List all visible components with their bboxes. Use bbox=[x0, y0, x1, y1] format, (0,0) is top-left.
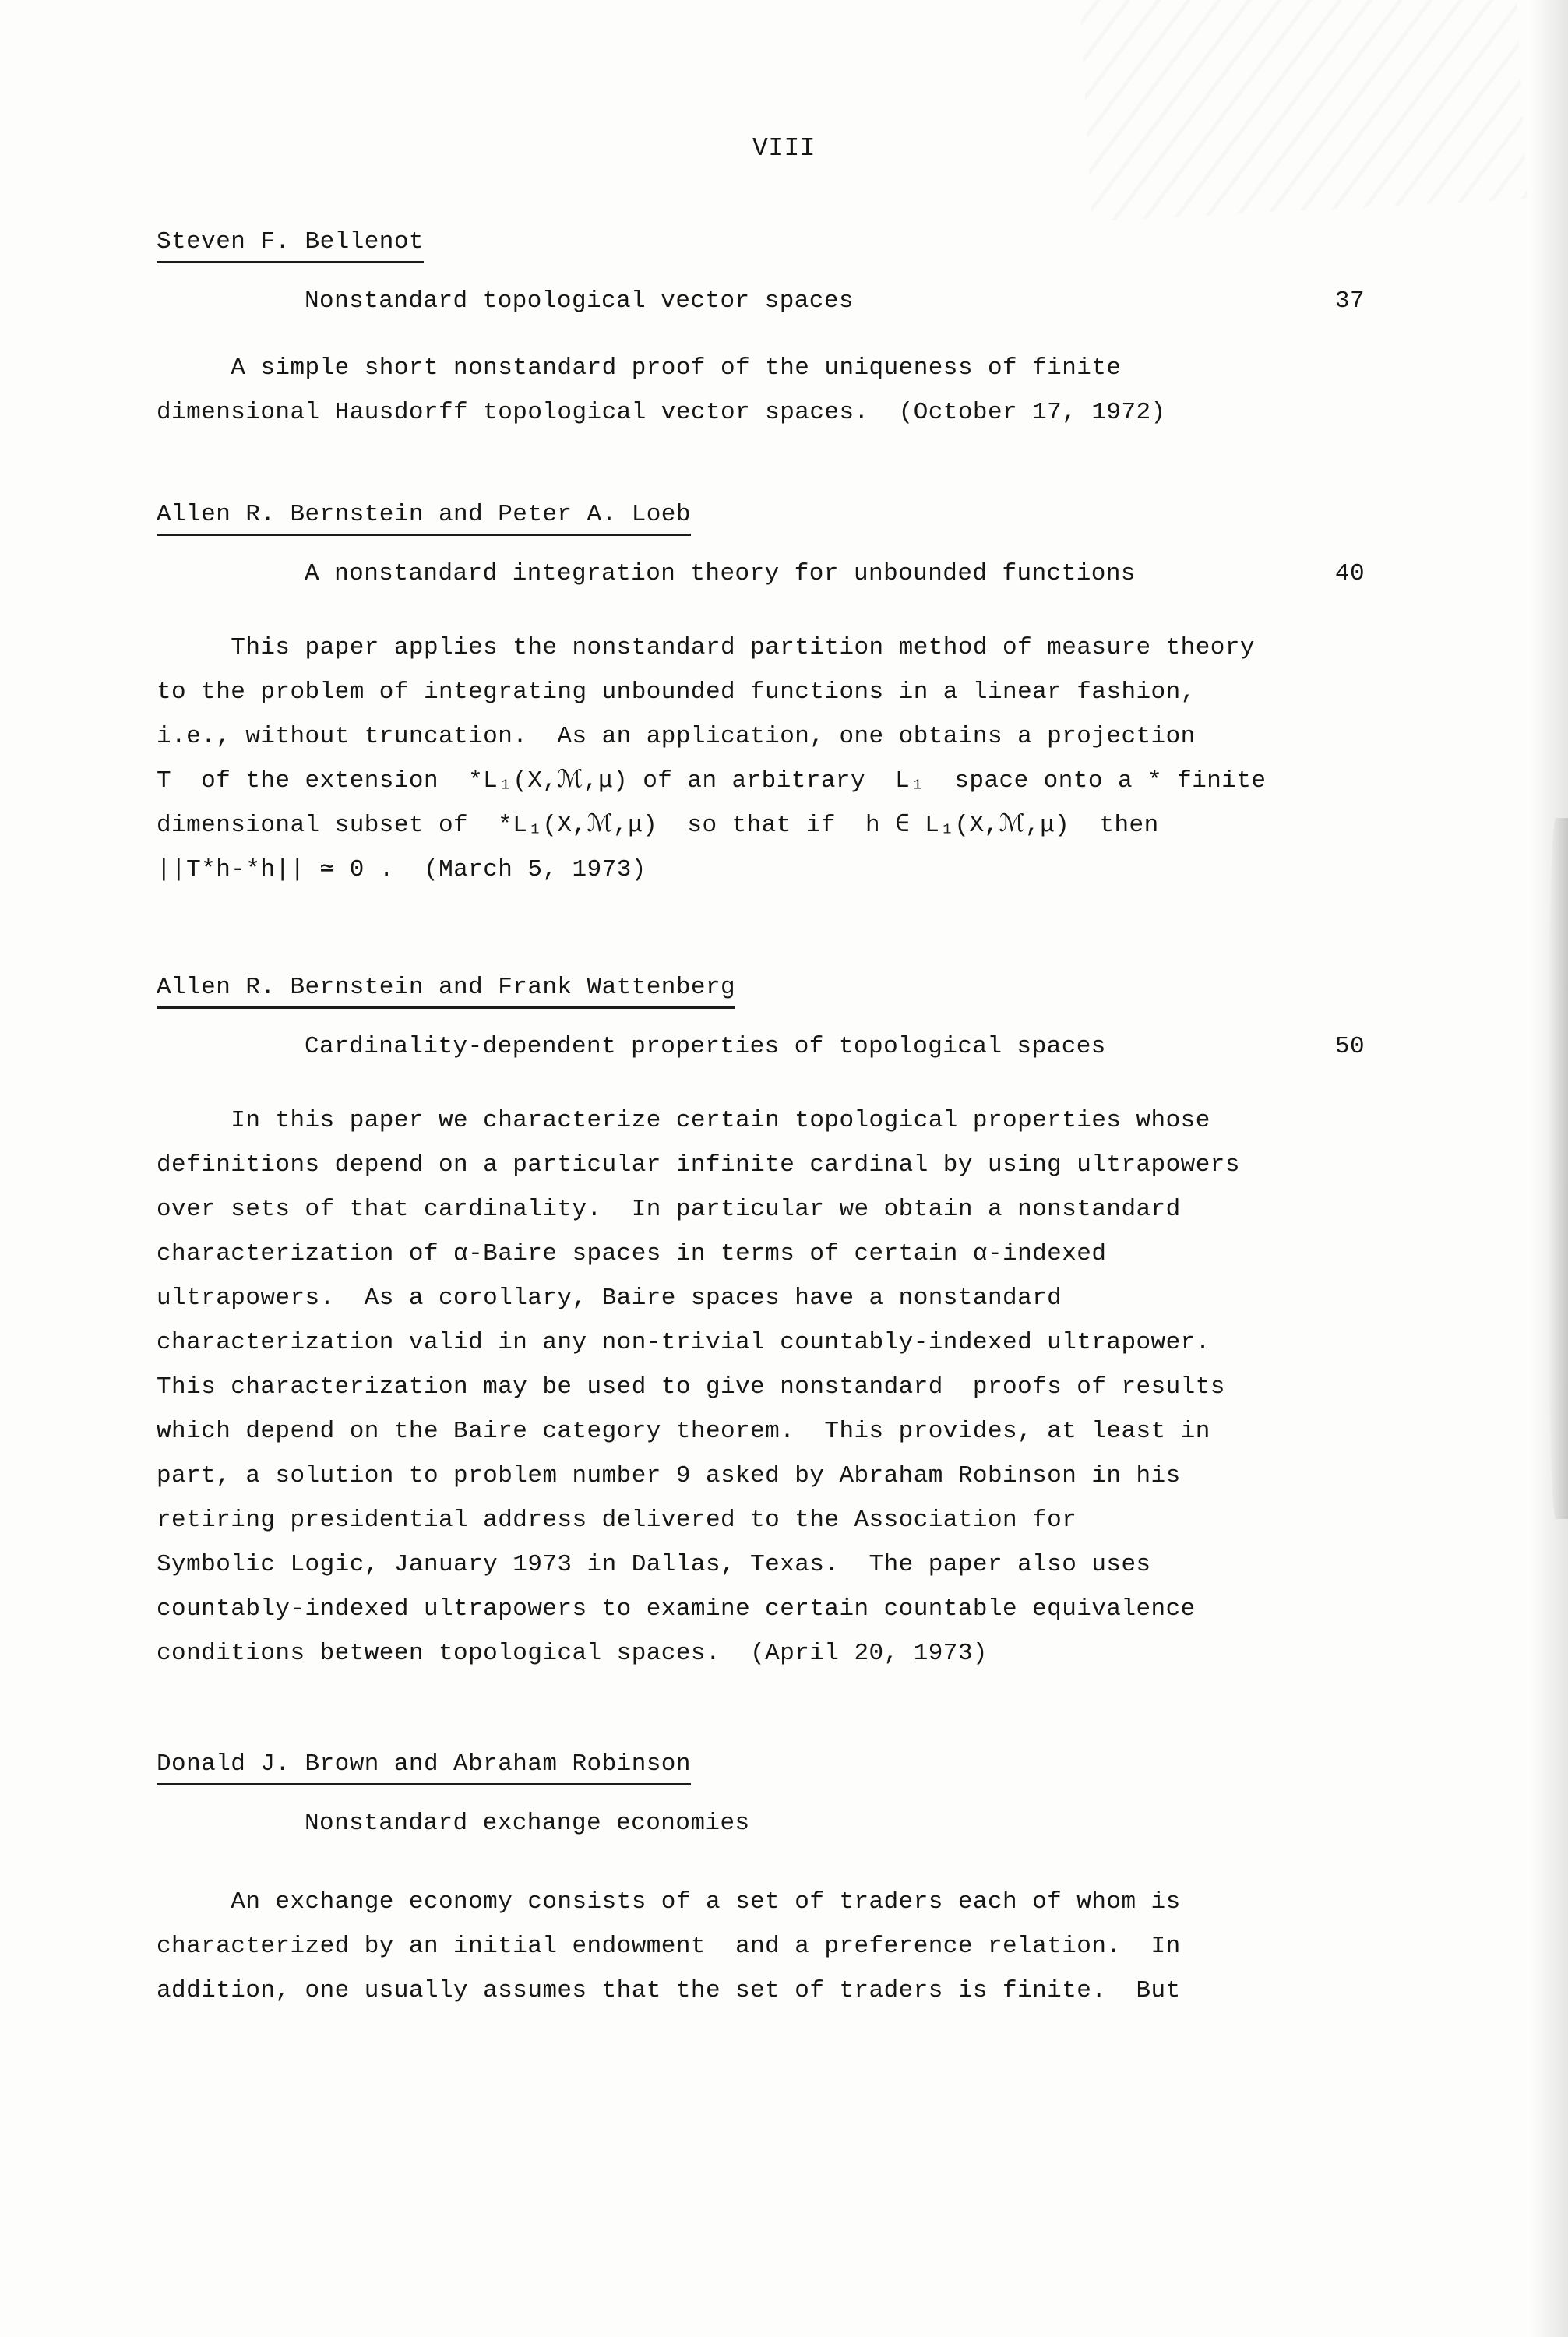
scan-side-smudge bbox=[1548, 818, 1568, 1519]
title-row: Nonstandard exchange economies bbox=[157, 1808, 1366, 1839]
title-row: Cardinality-dependent properties of topo… bbox=[157, 1031, 1366, 1063]
paper-title: A nonstandard integration theory for unb… bbox=[157, 559, 1136, 590]
page-number: 50 bbox=[1335, 1031, 1366, 1063]
entry-bellenot: Steven F. Bellenot Nonstandard topologic… bbox=[157, 228, 1366, 435]
authors-heading: Allen R. Bernstein and Frank Wattenberg bbox=[157, 974, 735, 1009]
scan-edge-shadow bbox=[1531, 0, 1568, 2337]
title-row: A nonstandard integration theory for unb… bbox=[157, 559, 1366, 590]
page-number: 37 bbox=[1335, 286, 1366, 317]
folio-page-number: VIII bbox=[0, 126, 1568, 171]
paper-title: Cardinality-dependent properties of topo… bbox=[157, 1031, 1106, 1063]
authors-heading: Allen R. Bernstein and Peter A. Loeb bbox=[157, 501, 691, 536]
authors-heading: Donald J. Brown and Abraham Robinson bbox=[157, 1750, 691, 1785]
paper-title: Nonstandard topological vector spaces bbox=[157, 286, 854, 317]
authors-heading: Steven F. Bellenot bbox=[157, 228, 424, 263]
paper-title: Nonstandard exchange economies bbox=[157, 1808, 750, 1839]
scan-streak-artifact bbox=[1080, 0, 1527, 221]
abstract-text: An exchange economy consists of a set of… bbox=[157, 1880, 1366, 2013]
entry-brown-robinson: Donald J. Brown and Abraham Robinson Non… bbox=[157, 1750, 1366, 2013]
entry-bernstein-wattenberg: Allen R. Bernstein and Frank Wattenberg … bbox=[157, 974, 1366, 1676]
page-number: 40 bbox=[1335, 559, 1366, 590]
entry-bernstein-loeb: Allen R. Bernstein and Peter A. Loeb A n… bbox=[157, 501, 1366, 892]
abstract-text: In this paper we characterize certain to… bbox=[157, 1098, 1366, 1676]
abstract-text: A simple short nonstandard proof of the … bbox=[157, 346, 1366, 435]
abstract-text: This paper applies the nonstandard parti… bbox=[157, 626, 1366, 892]
scanned-book-page: VIII Steven F. Bellenot Nonstandard topo… bbox=[0, 0, 1568, 2337]
title-row: Nonstandard topological vector spaces 37 bbox=[157, 286, 1366, 317]
